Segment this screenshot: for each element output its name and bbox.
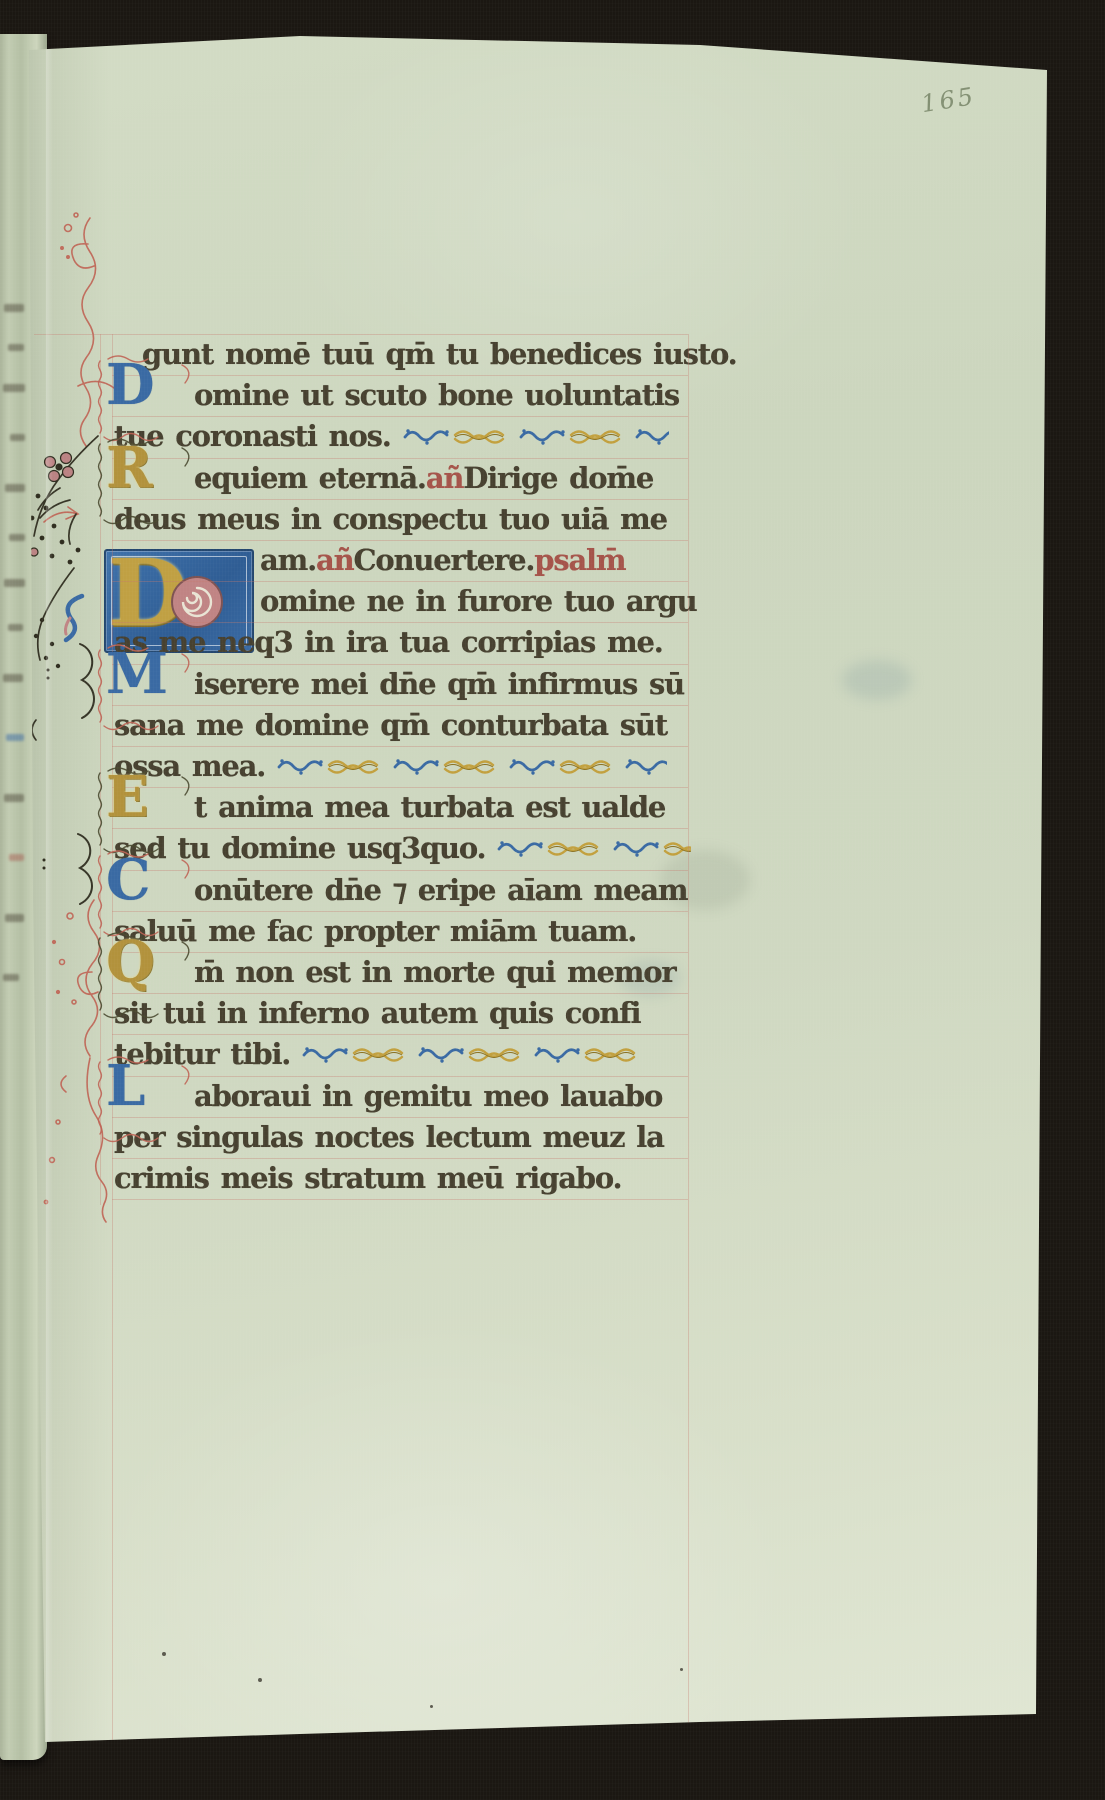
initial-letter: D: [106, 355, 155, 415]
marginal-flower: [30, 453, 74, 557]
text-line: sit tui in inferno autem quis confi: [114, 993, 702, 1034]
bleed-through-text-mark: [8, 624, 23, 631]
text-segment: crimis meis stratum meū rigabo.: [114, 1158, 621, 1199]
line-filler-ornament: [497, 839, 691, 859]
text-line: as me neq3 in ira tua corripias me.: [114, 622, 702, 663]
initial-letter: R: [106, 438, 153, 498]
text-segment: psalm̄: [534, 540, 625, 581]
text-line: sed tu domine usq3quo.: [114, 828, 702, 869]
rose-roundel-ornament: [170, 575, 224, 629]
bleed-through-text-mark: [4, 304, 24, 312]
bleed-through-text-mark: [5, 914, 24, 922]
text-segment: iserere mei dn̄e qm̄ infirmus sū: [194, 664, 684, 705]
ruling-line-horizontal: [112, 746, 688, 747]
ruling-line-horizontal: [112, 416, 688, 417]
text-line: per singulas noctes lectum meuz la: [114, 1117, 702, 1158]
decorated-initial: L: [92, 1066, 196, 1152]
ruling-line-horizontal: [34, 334, 688, 335]
decorated-initial: R: [92, 448, 196, 534]
text-segment: onūtere dn̄e ⁊ eripe aīam meam: [194, 870, 687, 911]
bleed-through-text-mark: [3, 674, 23, 682]
text-segment: gunt nomē tuū qm̄ tu benedices iusto.: [142, 334, 737, 375]
text-segment: Conuertere.: [353, 540, 534, 581]
ruling-line-horizontal: [112, 1076, 688, 1077]
text-segment: am.: [260, 540, 316, 581]
ruling-line-horizontal: [112, 458, 688, 459]
ruling-line-horizontal: [112, 705, 688, 706]
text-line: equiem eternā. añ Dirige dom̄e: [194, 458, 702, 499]
text-line: omine ne in furore tuo argu: [260, 581, 702, 622]
text-segment: añ: [426, 458, 463, 499]
text-line: aboraui in gemitu meo lauabo: [194, 1076, 702, 1117]
bleed-through-text-mark: [10, 434, 25, 441]
ruling-line-horizontal: [112, 1034, 688, 1035]
ruling-line-horizontal: [112, 540, 688, 541]
text-segment: sana me domine qm̄ conturbata sūt: [114, 705, 667, 746]
parchment-speck: [680, 1668, 683, 1671]
text-segment: aboraui in gemitu meo lauabo: [194, 1076, 662, 1117]
ruling-line-horizontal: [112, 664, 688, 665]
decorated-initial: M: [92, 654, 196, 740]
ruling-line-horizontal: [112, 1117, 688, 1118]
text-segment: t anima mea turbata est ualde: [194, 787, 665, 828]
line-filler-ornament: [302, 1045, 660, 1065]
text-line: ossa mea.: [114, 746, 702, 787]
ruling-line-horizontal: [112, 1199, 688, 1200]
text-line: m̄ non est in morte qui memor: [194, 952, 702, 993]
ruling-line-vertical: [688, 334, 689, 1742]
manuscript-photograph: 165 D: [0, 0, 1105, 1800]
parchment-speck: [258, 1678, 262, 1682]
text-line: deus meus in conspectu tuo uiā me: [114, 499, 702, 540]
text-segment: per singulas noctes lectum meuz la: [114, 1117, 664, 1158]
line-filler-ornament: [403, 427, 669, 447]
ruling-line-horizontal: [112, 499, 688, 500]
show-through-smudge: [842, 660, 912, 700]
initial-letter: Q: [106, 932, 155, 992]
ruling-line-horizontal: [112, 952, 688, 953]
ruling-line-horizontal: [112, 993, 688, 994]
ruling-line-horizontal: [112, 1158, 688, 1159]
initial-letter: L: [106, 1056, 145, 1116]
initial-letter: E: [106, 767, 149, 827]
initial-letter: M: [106, 644, 168, 704]
text-line: am. añ Conuertere. psalm̄: [260, 540, 702, 581]
bleed-through-text-mark: [3, 974, 19, 981]
text-segment: Dirige dom̄e: [463, 458, 653, 499]
text-line: tue coronasti nos.: [114, 416, 702, 457]
initial-letter: C: [106, 850, 151, 910]
bleed-through-text-mark: [3, 384, 25, 392]
parchment-speck: [430, 1705, 433, 1708]
bleed-through-text-mark: [4, 794, 24, 802]
bleed-through-text-mark: [8, 344, 24, 351]
folio-number: 165: [919, 78, 1004, 130]
ruling-line-horizontal: [112, 787, 688, 788]
text-line: crimis meis stratum meū rigabo.: [114, 1158, 702, 1199]
decorated-initial: Q: [92, 942, 196, 1028]
bleed-through-text-mark: [5, 484, 25, 492]
ruling-line-horizontal: [112, 911, 688, 912]
text-line: saluū me fac propter miām tuam.: [114, 911, 702, 952]
text-segment: deus meus in conspectu tuo uiā me: [114, 499, 667, 540]
text-segment: as me neq3 in ira tua corripias me.: [114, 622, 663, 663]
text-line: t anima mea turbata est ualde: [194, 787, 702, 828]
ruling-line-horizontal: [112, 581, 688, 582]
text-segment: equiem eternā.: [194, 458, 426, 499]
ruling-line-horizontal: [112, 828, 688, 829]
bleed-through-text-mark: [6, 734, 24, 741]
text-line: omine ut scuto bone uoluntatis: [194, 375, 702, 416]
text-segment: m̄ non est in morte qui memor: [194, 952, 675, 993]
ruling-line-horizontal: [112, 375, 688, 376]
text-line: iserere mei dn̄e qm̄ infirmus sū: [194, 664, 702, 705]
ruling-line-horizontal: [112, 870, 688, 871]
bleed-through-text-mark: [4, 579, 25, 587]
text-segment: añ: [316, 540, 353, 581]
text-line: onūtere dn̄e ⁊ eripe aīam meam: [194, 870, 702, 911]
ruling-line-horizontal: [112, 622, 688, 623]
parchment-page: 165 D: [0, 0, 1105, 1800]
bleed-through-text-mark: [9, 854, 24, 861]
text-line: tebitur tibi.: [114, 1034, 702, 1075]
text-segment: omine ne in furore tuo argu: [260, 581, 696, 622]
text-line: sana me domine qm̄ conturbata sūt: [114, 705, 702, 746]
line-filler-ornament: [277, 757, 667, 777]
text-segment: omine ut scuto bone uoluntatis: [194, 375, 679, 416]
text-line: gunt nomē tuū qm̄ tu benedices iusto.: [142, 334, 702, 375]
parchment-speck: [162, 1652, 166, 1656]
ruling-line-vertical: [112, 334, 113, 1742]
bleed-through-text-mark: [9, 534, 25, 541]
